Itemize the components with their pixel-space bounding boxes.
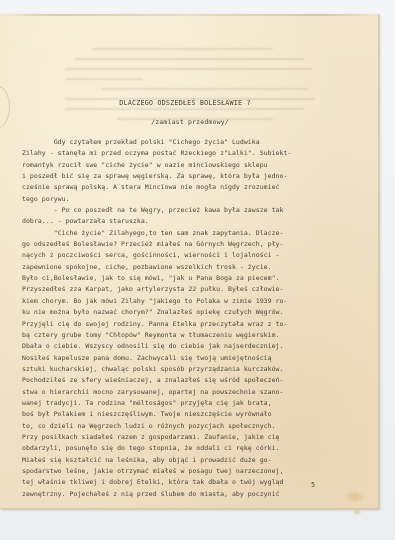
text-line: cześnie sprawą polską. A stara Mincïowa … [22, 182, 332, 193]
text-line: Było ci,Bolesławie, jak to się mówi, "ja… [22, 273, 332, 284]
page-top-edge [0, 14, 378, 16]
text-line: zewnętrzny. Pojechałeś z nią przed ślube… [22, 489, 332, 500]
text-line: - Po co poszedł na te Węgry, przecież ka… [22, 205, 332, 216]
text-line: tego porywu. [22, 194, 332, 205]
document-subtitle: /zamiast przedmowy/ [48, 117, 332, 128]
text-line: Gdy czytałem przekład polski "Cichego ży… [22, 137, 332, 148]
text-line: "Ciche życie" Zilahyego,to ten sam znak … [22, 228, 332, 239]
text-line: wanej tradycji. Ta rodzina "méltoságos" … [22, 398, 332, 409]
text-line: Przyszedłeś zza Karpat, jako artylerzyst… [22, 284, 332, 295]
text-line: Przy posiłkach siadałeś razem z gospodar… [22, 432, 332, 443]
text-line: go odszedłeś Bolesławie? Przecież miałeś… [22, 239, 332, 250]
text-line: i poszedł bić się za sprawę węgierską. Z… [22, 171, 332, 182]
text-line: stwa o hierarchii mocno zarysowanej, opa… [22, 387, 332, 398]
text-line: dobra... - powtarzała staruszka. [22, 216, 332, 227]
binding-hole-mark [0, 86, 10, 128]
paper-stain [352, 508, 362, 516]
text-line: Przyjęli cię do swojej rodziny. Panna Et… [22, 319, 332, 330]
paper-stain [344, 490, 366, 504]
text-line: Miałeś się kształcić na leśnika, aby obj… [22, 455, 332, 466]
page-number: 5 [311, 481, 315, 489]
typewritten-text: DLACZEGO ODSZEDŁEŚ BOLESŁAWIE ? /zamiast… [22, 98, 332, 500]
text-line: Nosiłeś kapelusze pana domu. Zachwycali … [22, 353, 332, 364]
text-line: Dbała o ciebie. Wszyscy odnosili się do … [22, 341, 332, 352]
text-line: ku nie można było nazwać chorym?" Znalaz… [22, 307, 332, 318]
document-page: DLACZEGO ODSZEDŁEŚ BOLESŁAWIE ? /zamiast… [0, 14, 379, 509]
text-line: spodarstwo leśne, jakie otrzymać miałeś … [22, 466, 332, 477]
text-line: tej właśnie tkliwej i dobrej Etelki, któ… [22, 477, 332, 488]
text-line: obdarzyli, posunęło się do tego stopnia,… [22, 443, 332, 454]
text-line: to, co dzieli na Węgrzech ludzi o różnyc… [22, 421, 332, 432]
text-line: kiem chorym. Bo jak mówi Zilahy "jakiego… [22, 296, 332, 307]
text-line: romantyk rzucił swe "ciche życie" w oazi… [22, 160, 332, 171]
text-line: Pochodziłeś ze sfery wieśniaczej, a znal… [22, 375, 332, 386]
text-line: Zilahy - stanęła mi przed oczyma postać … [22, 148, 332, 159]
body-text: Gdy czytałem przekład polski "Cichego ży… [22, 137, 332, 500]
text-line: sztuki kucharskiej, chwaląc polski sposó… [22, 364, 332, 375]
text-line: bą cztery grube tomy "Chłopów" Reymonta … [22, 330, 332, 341]
text-line: boś był Polakiem i nieszczęśliwym. Twoje… [22, 409, 332, 420]
text-line: nących z poczciwości serca, gościnności,… [22, 250, 332, 261]
document-title: DLACZEGO ODSZEDŁEŚ BOLESŁAWIE ? [38, 98, 332, 109]
text-line: zapewnione spokojne, ciche, pozbawione w… [22, 262, 332, 273]
